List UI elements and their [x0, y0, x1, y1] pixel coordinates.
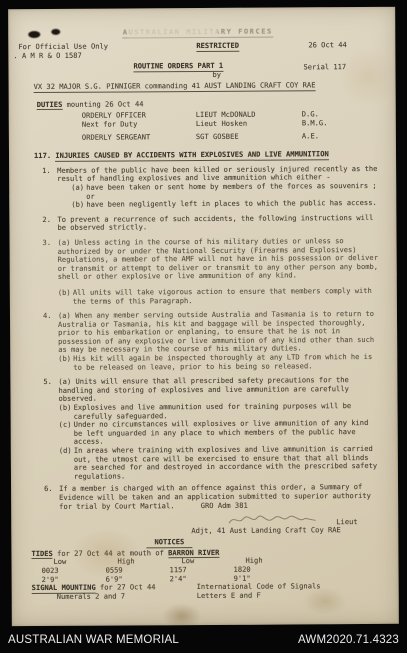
commander-line: VX 32 MAJOR S.G. PINNIGER commanding 41 …	[34, 81, 316, 93]
smudge	[128, 26, 218, 38]
scanned-document-page: { "archive": { "institution": "AUSTRALIA…	[0, 0, 407, 653]
signal-numerals: Numerals 2 and 7	[57, 592, 197, 601]
order-number: 117.	[34, 151, 51, 160]
subitem-text: His kit will again be inspected thorough…	[73, 352, 372, 371]
by-line: by	[212, 70, 221, 79]
paragraph-text: If a member is charged with an offence a…	[59, 483, 381, 511]
signal-label-rest: for 27 Oct 44	[100, 583, 156, 592]
order-paragraph: 4. (a) When any member serving outside A…	[43, 310, 380, 372]
duty-role: Next for Duty	[82, 120, 196, 130]
duty-row: ORDERLY SERGEANT SGT GOSBEE A.E.	[82, 132, 388, 143]
order-paragraph: 6. If a member is charged with an offenc…	[44, 483, 381, 511]
tides-label-rest: for 27 Oct 44 at mouth of	[57, 548, 164, 558]
paragraph-number: 6.	[44, 485, 53, 494]
signal-values-line: Numerals 2 and 7 Letters E and F	[57, 591, 391, 602]
paragraph-text: (a) When any member serving outside Aust…	[58, 310, 380, 355]
subitem-text: Explosives and live ammunition used for …	[74, 401, 352, 420]
paragraph-subitem: (b) have been negligently left in places…	[71, 199, 379, 209]
document-paper: AUSTRALIAN MILITARY FORCES For Official …	[8, 7, 399, 626]
paragraph-text: (a) Units will ensure that all prescribe…	[58, 376, 380, 404]
subitem-label: (b)	[58, 289, 71, 298]
signature-role-line: Adjt, 41 Aust Landing Craft Coy RAE	[191, 526, 390, 536]
duty-row: Next for Duty Lieut Hosken B.M.G.	[82, 119, 388, 130]
paragraph-number: 1.	[42, 167, 51, 176]
subitem-text: All units will take vigorous action to e…	[73, 286, 372, 305]
paragraph-number: 3.	[43, 239, 52, 248]
duties-line: DUTIES mounting 26 Oct 44	[37, 98, 388, 109]
paragraph-subitem: (c) Under no circumstances will explosiv…	[59, 419, 381, 447]
subitem-label: (b)	[59, 404, 72, 413]
signature-block: Lieut	[226, 512, 390, 527]
subitem-text: In areas where training with explosives …	[74, 444, 377, 481]
duty-name: Lieut Hosken	[196, 120, 302, 130]
paragraph-subitem: (b) His kit will again be inspected thor…	[58, 353, 380, 372]
order-paragraph: 1. Members of the public have been kille…	[42, 165, 379, 210]
paragraph-number: 5.	[43, 378, 52, 387]
duties-heading-rest: mounting 26 Oct 44	[67, 99, 144, 108]
paragraph-text: To prevent a recurrence of such accident…	[57, 214, 379, 233]
paragraph-subitem: (b) All units will take vigorous action …	[58, 287, 380, 306]
order-reference: GRO Adm 381	[201, 500, 248, 509]
order-paragraph: 5. (a) Units will ensure that all prescr…	[43, 376, 381, 481]
duty-role: ORDERLY SERGEANT	[82, 133, 196, 143]
subitem-label: (c)	[59, 421, 72, 430]
paragraph-number: 2.	[42, 216, 51, 225]
subitem-label: (d)	[59, 447, 72, 456]
duty-name: SGT GOSBEE	[196, 133, 302, 143]
notices-heading: NOTICES	[146, 538, 192, 548]
subitem-label: (b)	[71, 201, 84, 210]
document-date: 26 Oct 44	[308, 41, 346, 50]
archive-footer: AUSTRALIAN WAR MEMORIAL AWM2020.71.4323	[0, 627, 407, 653]
subitem-label: (b)	[58, 355, 71, 364]
subitem-text: have been negligently left in places to …	[86, 198, 376, 209]
archive-item-id: AWM2020.71.4323	[298, 634, 399, 646]
stain	[162, 603, 202, 626]
duty-initials: B.M.G.	[302, 119, 328, 128]
order-paragraph: 2. To prevent a recurrence of such accid…	[42, 214, 379, 233]
subitem-label: (a)	[71, 184, 84, 193]
duties-table: ORDERLY OFFICER LIEUT McDONALD D.G. Next…	[82, 110, 388, 143]
paragraph-subitem: (d) In areas where training with explosi…	[59, 445, 381, 481]
subitem-text: Under no circumstances will explosives o…	[74, 418, 369, 446]
order-paragraph: 3. (a) Unless acting in the course of hi…	[43, 237, 380, 306]
paragraph-number: 4.	[43, 312, 52, 321]
order-heading-line: 117. INJURIES CAUSED BY ACCIDENTS WITH E…	[34, 150, 388, 161]
paragraph-text: (a) Unless acting in the course of his m…	[58, 237, 380, 282]
duty-initials: A.E.	[302, 132, 319, 141]
duties-heading: DUTIES	[37, 99, 63, 110]
archive-institution: AUSTRALIAN WAR MEMORIAL	[8, 634, 179, 646]
handwritten-signature	[226, 512, 318, 527]
order-heading: INJURIES CAUSED BY ACCIDENTS WITH EXPLOS…	[55, 149, 328, 161]
signal-letters: Letters E and F	[197, 591, 261, 600]
masthead: AUSTRALIAN MILITARY FORCES	[8, 27, 387, 38]
reference-number: . A M R & O 1587	[13, 51, 81, 60]
